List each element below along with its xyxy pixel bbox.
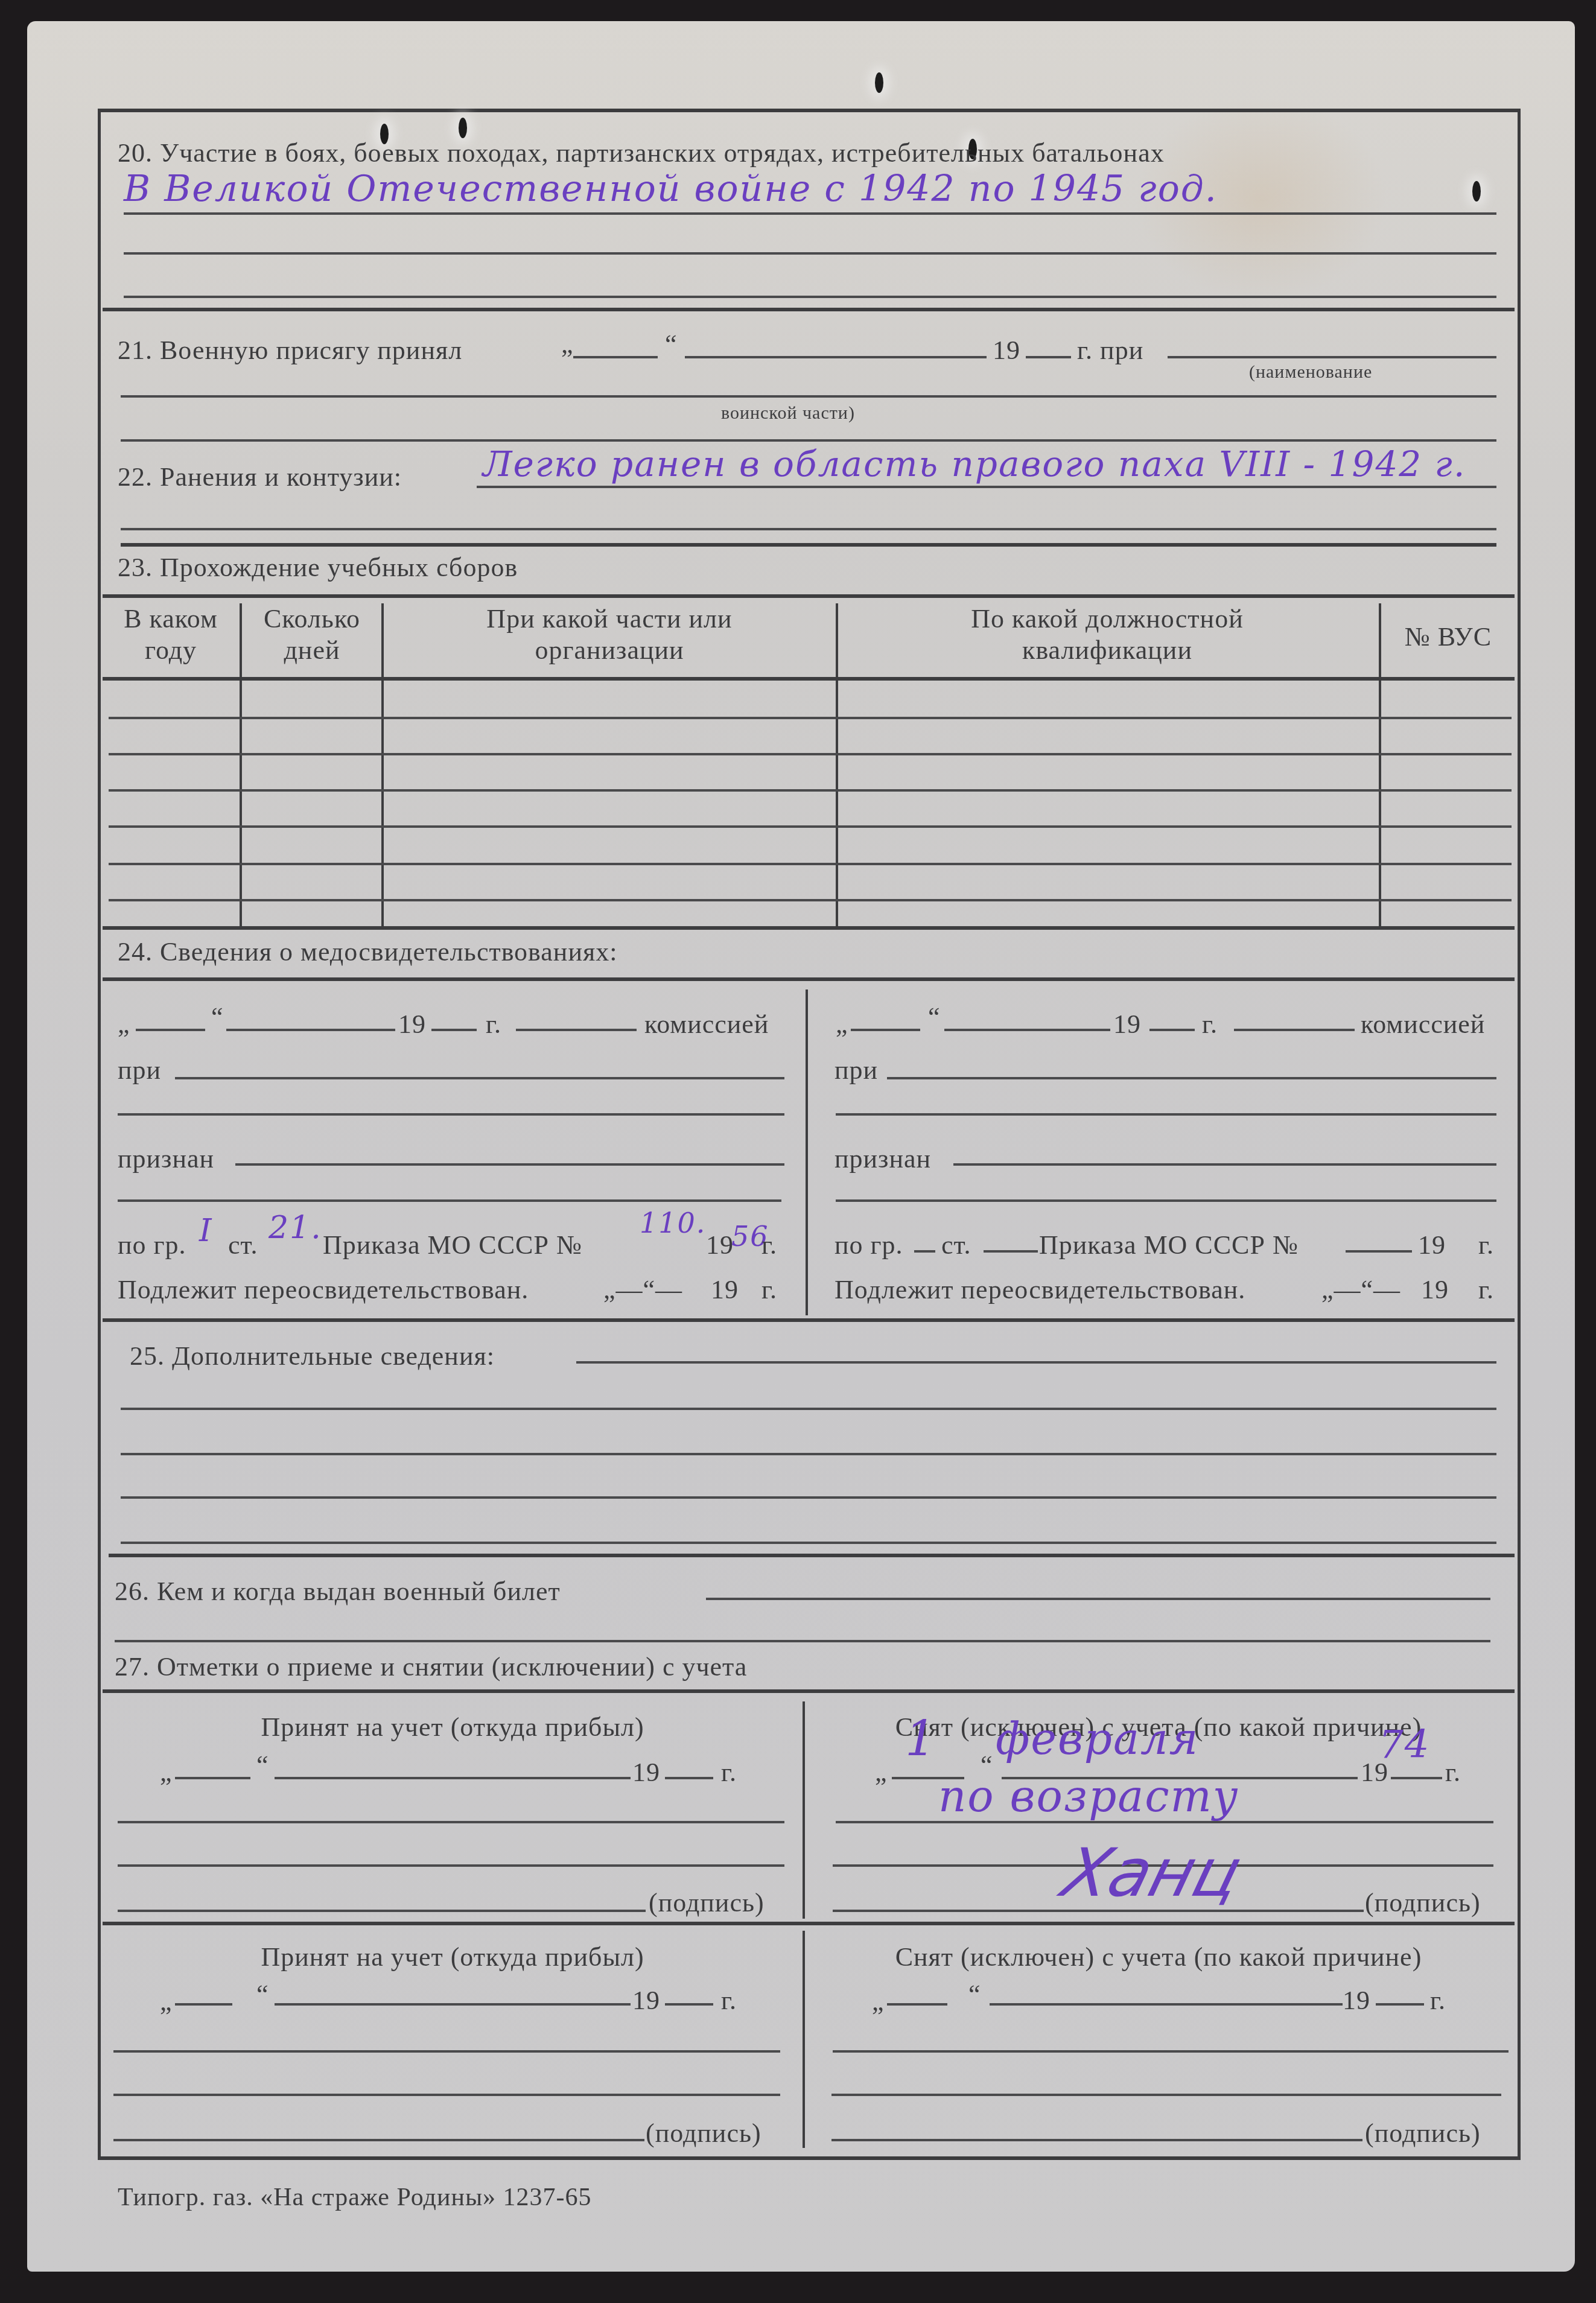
order-label: Приказа МО СССР № bbox=[323, 1230, 582, 1260]
reexam-g: г. bbox=[761, 1274, 777, 1305]
col-header-vus: № ВУС bbox=[1382, 621, 1515, 652]
reexam-year: 19 bbox=[1421, 1274, 1449, 1305]
pri-label: при bbox=[118, 1055, 161, 1085]
po-gr-label: по гр. bbox=[118, 1230, 186, 1260]
section-27-row-divider bbox=[103, 1922, 1515, 1925]
additional-info-line[interactable] bbox=[121, 1542, 1496, 1544]
signature-field[interactable] bbox=[113, 2139, 644, 2141]
st-label: ст. bbox=[228, 1230, 258, 1260]
pri-field-line-2[interactable] bbox=[836, 1113, 1496, 1116]
section-divider bbox=[121, 543, 1496, 547]
table-col-separator bbox=[381, 603, 384, 926]
month-field[interactable] bbox=[944, 1029, 1110, 1031]
unit-field[interactable] bbox=[1168, 356, 1496, 358]
block-title: Снят (исключен) с учета (по какой причин… bbox=[806, 1942, 1512, 1972]
military-id-issued-field[interactable] bbox=[706, 1598, 1490, 1600]
year-suffix-pri: г. при bbox=[1077, 335, 1143, 366]
year-field[interactable] bbox=[1391, 1777, 1442, 1779]
order-year-suffix: г. bbox=[1478, 1230, 1494, 1260]
year-suffix: г. bbox=[721, 1757, 737, 1788]
month-field[interactable] bbox=[990, 2003, 1343, 2006]
table-row[interactable] bbox=[109, 825, 1512, 828]
year-suffix: г. bbox=[721, 1985, 737, 2016]
table-row[interactable] bbox=[109, 753, 1512, 755]
commission-field[interactable] bbox=[516, 1029, 637, 1031]
priznan-field-line-2[interactable] bbox=[836, 1199, 1496, 1202]
table-row[interactable] bbox=[109, 789, 1512, 792]
table-col-separator bbox=[1379, 603, 1381, 926]
pri-label: при bbox=[835, 1055, 878, 1085]
year-prefix: 19 bbox=[632, 1985, 660, 2016]
col-header-days: Сколькодней bbox=[243, 603, 381, 666]
signature-field[interactable] bbox=[118, 1910, 646, 1912]
signature-label: (подпись) bbox=[649, 1887, 765, 1918]
col-header-unit: При какой части илиорганизации bbox=[386, 603, 833, 666]
year-field[interactable] bbox=[1376, 2003, 1424, 2006]
table-header-border bbox=[103, 677, 1515, 681]
removal-year-value[interactable]: 74 bbox=[1379, 1723, 1430, 1767]
year-field[interactable] bbox=[1026, 356, 1071, 358]
reexam-year: 19 bbox=[711, 1274, 739, 1305]
section-24-label: 24. Сведения о медосвидетельствованиях: bbox=[118, 936, 617, 967]
col-header-qualification: По какой должностнойквалификации bbox=[839, 603, 1376, 666]
section-divider bbox=[103, 926, 1515, 930]
section-25-label: 25. Дополнительные сведения: bbox=[130, 1341, 495, 1371]
additional-info-line[interactable] bbox=[121, 1496, 1496, 1499]
article-value[interactable]: 21. bbox=[269, 1210, 322, 1246]
po-gr-label: по гр. bbox=[835, 1230, 903, 1260]
additional-info-line[interactable] bbox=[121, 1408, 1496, 1410]
origin-field[interactable] bbox=[113, 2050, 780, 2053]
section-26-label: 26. Кем и когда выдан военный билет bbox=[115, 1576, 561, 1607]
order-year-suffix: г. bbox=[761, 1230, 777, 1260]
field-line bbox=[124, 212, 1496, 215]
group-field[interactable] bbox=[914, 1250, 935, 1253]
year-prefix: 19 bbox=[993, 335, 1020, 366]
military-id-issued-line-2[interactable] bbox=[115, 1640, 1490, 1642]
section-20-handwritten-entry[interactable]: В Великой Отечественной войне с 1942 по … bbox=[124, 168, 1218, 210]
origin-field-line-2[interactable] bbox=[113, 2094, 780, 2096]
pri-field[interactable] bbox=[175, 1077, 784, 1079]
block-title: Принят на учет (откуда прибыл) bbox=[103, 1712, 803, 1742]
punch-hole bbox=[875, 72, 883, 93]
year-field[interactable] bbox=[1149, 1029, 1195, 1031]
year-field[interactable] bbox=[665, 1777, 713, 1779]
punch-hole bbox=[459, 118, 467, 138]
signature-label: (подпись) bbox=[1365, 2118, 1481, 2149]
month-field[interactable] bbox=[275, 2003, 631, 2006]
year-prefix: 19 bbox=[1343, 1985, 1370, 2016]
reexam-label: Подлежит переосвидетельствован. bbox=[118, 1274, 529, 1305]
removal-month-value[interactable]: февраля bbox=[996, 1714, 1199, 1764]
order-label: Приказа МО СССР № bbox=[1039, 1230, 1299, 1260]
pri-field-line-2[interactable] bbox=[118, 1113, 784, 1116]
st-label: ст. bbox=[941, 1230, 971, 1260]
order-number-field[interactable] bbox=[1346, 1250, 1412, 1253]
signature-label: (подпись) bbox=[646, 2118, 761, 2149]
removal-reason-value[interactable]: по возрасту bbox=[938, 1771, 1239, 1822]
priznan-field[interactable] bbox=[953, 1163, 1496, 1166]
field-line bbox=[121, 528, 1496, 530]
table-row[interactable] bbox=[109, 863, 1512, 865]
year-suffix: г. bbox=[1202, 1009, 1218, 1040]
month-field[interactable] bbox=[275, 1777, 631, 1779]
year-field[interactable] bbox=[431, 1029, 477, 1031]
printer-imprint: Типогр. газ. «На страже Родины» 1237-65 bbox=[118, 2183, 592, 2212]
year-field[interactable] bbox=[665, 2003, 713, 2006]
unit-note-1: (наименование bbox=[1249, 362, 1372, 383]
col-header-year: В какомгоду bbox=[101, 603, 240, 666]
section-divider bbox=[103, 977, 1515, 981]
additional-info-line[interactable] bbox=[121, 1453, 1496, 1455]
day-field[interactable] bbox=[887, 2003, 947, 2006]
table-row[interactable] bbox=[109, 899, 1512, 901]
order-year-prefix: 19 bbox=[706, 1230, 734, 1260]
day-field[interactable] bbox=[851, 1029, 920, 1031]
section-divider bbox=[109, 1554, 1515, 1557]
section-divider bbox=[103, 1689, 1515, 1693]
commission-label: комиссией bbox=[644, 1009, 769, 1040]
signature-label: (подпись) bbox=[1365, 1887, 1481, 1918]
unit-field-line-2[interactable] bbox=[121, 395, 1496, 398]
block-title: Принят на учет (откуда прибыл) bbox=[103, 1942, 803, 1972]
field-line bbox=[124, 296, 1496, 298]
section-27-label: 27. Отметки о приеме и снятии (исключени… bbox=[115, 1651, 747, 1682]
year-suffix: г. bbox=[1445, 1757, 1461, 1788]
day-field[interactable] bbox=[175, 2003, 232, 2006]
section-21-label: 21. Военную присягу принял bbox=[118, 335, 462, 366]
group-value[interactable]: I bbox=[199, 1213, 213, 1249]
year-suffix: г. bbox=[486, 1009, 501, 1040]
priznan-label: признан bbox=[835, 1143, 931, 1174]
unit-note-2: воинской части) bbox=[721, 403, 855, 424]
section-divider bbox=[103, 308, 1515, 311]
reason-field-line-2[interactable] bbox=[831, 2094, 1501, 2096]
signature-field[interactable] bbox=[831, 2139, 1362, 2141]
pri-field[interactable] bbox=[887, 1077, 1496, 1079]
day-field[interactable] bbox=[175, 1777, 250, 1779]
field-line bbox=[124, 252, 1496, 255]
reexam-g: г. bbox=[1478, 1274, 1494, 1305]
signature-value[interactable]: Ханц bbox=[1055, 1834, 1250, 1911]
priznan-label: признан bbox=[118, 1143, 214, 1174]
table-col-separator bbox=[240, 603, 242, 926]
order-year-prefix: 19 bbox=[1418, 1230, 1446, 1260]
unit-field-line-3[interactable] bbox=[121, 439, 1496, 442]
section-27-column-separator bbox=[803, 1701, 805, 1919]
section-divider bbox=[103, 1318, 1515, 1322]
year-suffix: г. bbox=[1430, 1985, 1446, 2016]
date-open-quote: „ bbox=[561, 329, 574, 360]
section-27-column-separator bbox=[803, 1931, 805, 2148]
priznan-field[interactable] bbox=[235, 1163, 784, 1166]
year-prefix: 19 bbox=[1113, 1009, 1141, 1040]
removal-day-value[interactable]: 1 bbox=[905, 1711, 937, 1767]
table-row[interactable] bbox=[109, 717, 1512, 719]
date-close-quote: “ bbox=[665, 329, 678, 360]
additional-info-field[interactable] bbox=[576, 1361, 1496, 1364]
commission-label: комиссией bbox=[1361, 1009, 1485, 1040]
reason-field[interactable] bbox=[833, 2050, 1509, 2053]
month-field[interactable] bbox=[685, 356, 987, 358]
origin-field-line-2[interactable] bbox=[118, 1864, 784, 1867]
section-22-label: 22. Ранения и контузии: bbox=[118, 462, 402, 492]
day-field[interactable] bbox=[573, 356, 658, 358]
section-22-handwritten-entry[interactable]: Легко ранен в область правого паха VIII … bbox=[483, 443, 1466, 484]
year-prefix: 19 bbox=[398, 1009, 426, 1040]
reexam-label: Подлежит переосвидетельствован. bbox=[835, 1274, 1245, 1305]
order-number-value[interactable]: 110. bbox=[640, 1207, 706, 1239]
field-line bbox=[477, 486, 1496, 488]
punch-hole bbox=[1472, 181, 1481, 202]
commission-field[interactable] bbox=[1234, 1029, 1355, 1031]
priznan-field-line-2[interactable] bbox=[118, 1199, 781, 1202]
day-field[interactable] bbox=[136, 1029, 205, 1031]
origin-field[interactable] bbox=[118, 1821, 784, 1823]
article-field[interactable] bbox=[984, 1250, 1038, 1253]
section-23-label: 23. Прохождение учебных сборов bbox=[118, 552, 518, 583]
section-24-column-separator bbox=[806, 989, 808, 1315]
table-top-border bbox=[103, 594, 1515, 598]
year-prefix: 19 bbox=[632, 1757, 660, 1788]
month-field[interactable] bbox=[226, 1029, 395, 1031]
section-20-label: 20. Участие в боях, боевых походах, парт… bbox=[118, 138, 1165, 168]
table-col-separator bbox=[836, 603, 838, 926]
